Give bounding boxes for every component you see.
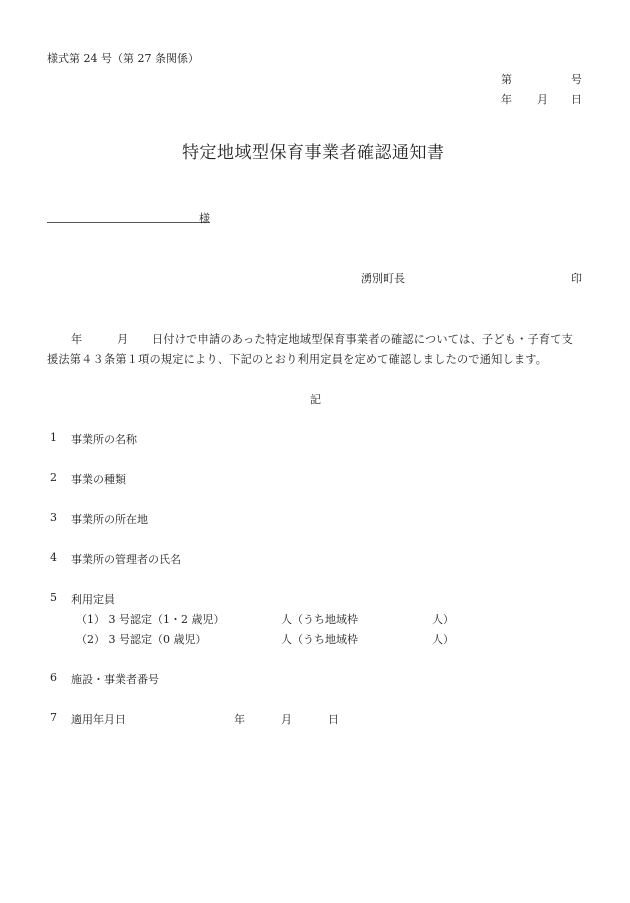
issuer-name: 湧別町長 (361, 270, 405, 286)
item-number: 1 (50, 431, 57, 444)
item-label-business-name: 事業所の名称 (71, 431, 137, 447)
addressee-suffix: 様 (199, 210, 210, 226)
capacity-unit-age-1-2: 人（うち地域枠 (281, 611, 358, 627)
item-label-location: 事業所の所在地 (71, 511, 148, 527)
item-label-apply-date: 適用年月日 (71, 711, 126, 727)
apply-date-day: 日 (328, 711, 339, 727)
item-label-manager-name: 事業所の管理者の氏名 (71, 551, 181, 567)
item-number: 4 (50, 551, 57, 564)
item-label-capacity: 利用定員 (71, 591, 115, 607)
issue-date-month: 月 (537, 91, 548, 107)
capacity-unit-age-0: 人（うち地域枠 (281, 631, 358, 647)
item-number: 6 (50, 671, 57, 684)
capacity-close-age-0: 人） (432, 631, 454, 647)
body-line2: 援法第４３条第１項の規定により、下記のとおり利用定員を定めて確認しましたので通知… (47, 351, 547, 367)
item-label-facility-number: 施設・事業者番号 (71, 671, 159, 687)
issue-date-day: 日 (571, 91, 582, 107)
body-line1: 日付けで申請のあった特定地域型保育事業者の確認については、子ども・子育て支 (152, 331, 573, 347)
capacity-label-age-0: （2） 3 号認定（0 歳児） (76, 631, 207, 647)
ki-heading: 記 (310, 391, 321, 407)
apply-date-month: 月 (281, 711, 292, 727)
issue-date-year: 年 (501, 91, 512, 107)
item-label-business-type: 事業の種類 (71, 471, 126, 487)
document-number-dai: 第 (501, 71, 512, 87)
form-number: 様式第 24 号（第 27 条関係） (47, 50, 199, 66)
body-year: 年 (71, 331, 82, 347)
apply-date-year: 年 (234, 711, 245, 727)
item-number: 5 (50, 591, 57, 604)
document-number-go: 号 (571, 71, 582, 87)
document-title: 特定地域型保育事業者確認通知書 (182, 138, 445, 163)
seal-mark: 印 (571, 270, 582, 286)
capacity-label-age-1-2: （1） 3 号認定（1・2 歳児） (76, 611, 224, 627)
capacity-close-age-1-2: 人） (432, 611, 454, 627)
addressee-line (47, 222, 210, 223)
item-number: 7 (50, 711, 57, 724)
item-number: 2 (50, 471, 57, 484)
body-month: 月 (117, 331, 128, 347)
item-number: 3 (50, 511, 57, 524)
